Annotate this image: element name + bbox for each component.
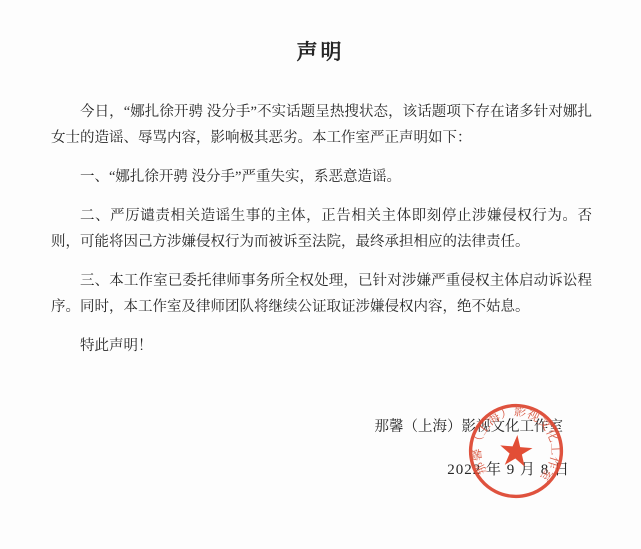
statement-paragraph: 一、“娜扎徐开骋 没分手”严重失实，系恶意造谣。 (51, 164, 592, 190)
statement-paragraph: 三、本工作室已委托律师事务所全权处理，已针对涉嫌严重侵权主体启动诉讼程序。同时，… (51, 268, 592, 320)
date-line: 2022 年 9 月 8 日 (0, 457, 641, 483)
statement-paragraph: 特此声明！ (51, 333, 592, 359)
statement-document: 声明 今日，“娜扎徐开骋 没分手”不实话题呈热搜状态，该话题项下存在诸多针对娜扎… (0, 0, 641, 549)
statement-paragraph: 今日，“娜扎徐开骋 没分手”不实话题呈热搜状态，该话题项下存在诸多针对娜扎女士的… (51, 99, 592, 151)
statement-paragraph: 二、严厉谴责相关造谣生事的主体，正告相关主体即刻停止涉嫌侵权行为。否则，可能将因… (51, 203, 592, 255)
signature-line: 那馨（上海）影视文化工作室 (0, 414, 641, 440)
statement-title-text: 声明 (297, 40, 345, 64)
closing-block: 那馨（上海）影视文化工作室 2022 年 9 月 8 日 (0, 414, 641, 483)
statement-body: 今日，“娜扎徐开骋 没分手”不实话题呈热搜状态，该话题项下存在诸多针对娜扎女士的… (51, 99, 592, 359)
statement-title: 声明 (0, 0, 641, 67)
